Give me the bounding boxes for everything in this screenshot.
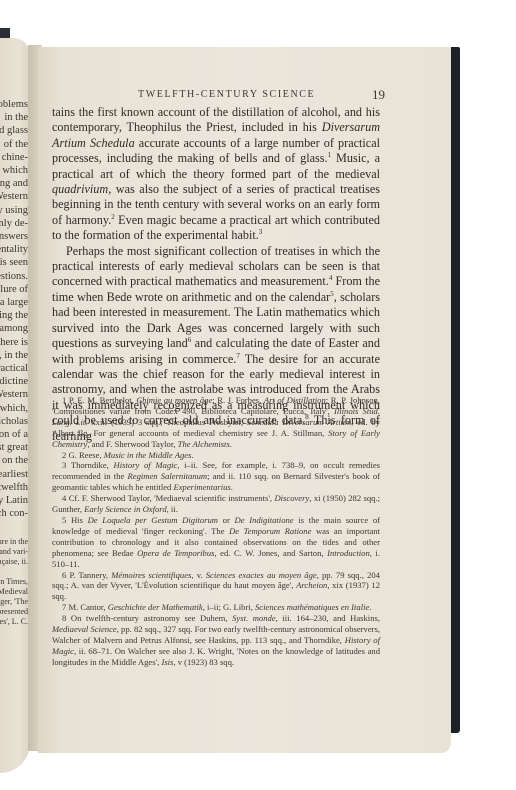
left-page-text-fragment: e twelfth [0, 481, 28, 494]
footnote-italic-text: De Loquela per Gestum Digitorum [88, 515, 218, 525]
footnote-italic-text: Chimie au moyen âge [136, 395, 212, 405]
footnote-italic-text: Discovery [274, 493, 309, 503]
footnote-italic-text: Mediaeval Science [52, 624, 117, 634]
footnote-text: 7 M. Cantor, [62, 602, 108, 612]
footnote-text: 2 G. Reese, [62, 450, 104, 460]
left-page-text-fragment: rst great [0, 441, 28, 454]
left-page-text-fragment: ion of a [0, 428, 28, 441]
footnote-italic-text: Sciences exactes au moyen âge [206, 570, 317, 580]
footnote-italic-text: Art of Distillation [264, 395, 326, 405]
left-page-text-fragment: estions. [0, 270, 28, 283]
left-page-text-fragment: d glass [0, 124, 28, 137]
footnote-italic-text: Schedula Diversarum Artium [247, 417, 351, 427]
left-page-text-fragment: e earliest [0, 468, 28, 481]
footnote-text: or [218, 515, 235, 525]
footnote-text: , and F. Sherwood Taylor, [87, 439, 177, 449]
left-page-text-fragment: practical [0, 362, 28, 375]
left-page-text-fragment: ly Latin [0, 494, 28, 507]
left-page-footnote-fragment: th, Medieval [0, 587, 28, 597]
italic-title: quadrivium [52, 182, 108, 196]
left-page-text-fragment: ich con- [0, 507, 28, 520]
footnote-3: 3 Thorndike, History of Magic, i–ii. See… [52, 460, 380, 493]
left-page: oblemsin thed glassof thechine-whichng a… [0, 38, 30, 773]
left-page-text-fragment: nly de- [0, 217, 28, 230]
left-page-footnote-fragment: Ages', L. C. [0, 617, 28, 627]
footnote-italic-text: Regimen Salernitanum [128, 471, 208, 481]
footnote-text: , iii. 164–230, and Haskins, [276, 613, 380, 623]
left-page-text-fragment: en on the [0, 454, 28, 467]
left-page-text-fragment: s which, [0, 402, 28, 415]
left-page-text-fragment: oblems [0, 98, 28, 111]
footnote-italic-text: De Indigitatione [235, 515, 294, 525]
footnote-italic-text: Early Science in Oxford [84, 504, 167, 514]
footnote-text: ; R. J. Forbes, [212, 395, 264, 405]
footnote-5: 5 His De Loquela per Gestum Digitorum or… [52, 515, 380, 570]
footnote-italic-text: Syst. monde [232, 613, 276, 623]
left-page-footnote-fragment: n and vari- [0, 547, 28, 557]
footnote-text: 8 On twelfth-century astronomy see Duhem… [62, 613, 232, 623]
left-page-text-fragment: of the [4, 138, 28, 151]
left-page-text-fragment: in the [4, 111, 28, 124]
footnote-text: 3 Thorndike, [62, 460, 114, 470]
footnote-text: , ed. C. W. Jones, and Sarton, [214, 548, 327, 558]
footnote-italic-text: Experimentarius [173, 482, 230, 492]
body-text: tains the first known account of the dis… [52, 105, 380, 444]
footnotes: 1 P. E. M. Berthelot, Chimie au moyen âg… [52, 395, 380, 668]
footnote-italic-text: Isis [161, 657, 173, 667]
left-page-text-fragment: ing the [0, 309, 28, 322]
footnote-text: 6 P. Tannery, [62, 570, 111, 580]
footnote-text: . [369, 602, 371, 612]
left-page-text-fragment: Western [0, 190, 28, 203]
left-page-footnote-fragment: ays presented [0, 607, 28, 617]
left-page-text-fragment: ng and [0, 177, 28, 190]
left-page-text-fragment: Nicholas [0, 415, 28, 428]
footnote-italic-text: Geschichte der Mathematik [108, 602, 203, 612]
left-page-text-fragment: among [0, 322, 28, 335]
left-page-text-fragment: y using [0, 204, 28, 217]
footnote-2: 2 G. Reese, Music in the Middle Ages. [52, 450, 380, 461]
right-page: TWELFTH-CENTURY SCIENCE 19 tains the fir… [38, 47, 451, 753]
footnote-4: 4 Cf. F. Sherwood Taylor, 'Mediaeval sci… [52, 493, 380, 515]
footnote-italic-text: Archeion [296, 580, 327, 590]
left-page-text-fragment: Western [0, 388, 28, 401]
footnote-6: 6 P. Tannery, Mémoires scientifiques, v.… [52, 570, 380, 603]
footnote-text: . [191, 450, 193, 460]
paragraph-1: tains the first known account of the dis… [52, 105, 380, 244]
footnote-text: , ii. [167, 504, 178, 514]
left-page-text-fragment: entality [0, 243, 28, 256]
footnote-8: 8 On twelfth-century astronomy see Duhem… [52, 613, 380, 668]
footnote-text: 1 P. E. M. Berthelot, [62, 395, 136, 405]
left-page-text-fragment: which [2, 164, 28, 177]
footnote-text: . [230, 439, 232, 449]
left-page-text-fragment: there is [0, 336, 28, 349]
footnote-italic-text: Introduction [327, 548, 370, 558]
footnote-text: , v (1923) 83 sqq. [173, 657, 234, 667]
footnote-ref[interactable]: 3 [259, 228, 263, 236]
footnote-italic-text: The Alchemists [178, 439, 230, 449]
footnote-text: , i–ii; G. Libri, [203, 602, 255, 612]
left-page-footnote-fragment: cture in the [0, 537, 28, 547]
page-number: 19 [372, 87, 385, 103]
left-page-text-fragment: is seen [0, 256, 28, 269]
left-page-footnote-fragment: inger, 'The [0, 597, 28, 607]
footnote-1: 1 P. E. M. Berthelot, Chimie au moyen âg… [52, 395, 380, 450]
left-page-footnote-fragment: ançaise, ii. [0, 557, 28, 567]
footnote-italic-text: De Temporum Ratione [229, 526, 311, 536]
left-page-text-fragment: nswers [0, 230, 28, 243]
footnote-italic-text: History of Magic [114, 460, 178, 470]
footnote-text: 4 Cf. F. Sherwood Taylor, 'Mediaeval sci… [62, 493, 274, 503]
running-head: TWELFTH-CENTURY SCIENCE [138, 89, 315, 100]
footnote-italic-text: Mémoires scientifiques [111, 570, 191, 580]
left-page-footnote-fragment: acon Times, [0, 577, 28, 587]
left-page-text-fragment: edictine [0, 375, 28, 388]
footnote-text: , v. [191, 570, 205, 580]
footnote-italic-text: Music in the Middle Ages [104, 450, 192, 460]
footnote-italic-text: Opera de Temporibus [137, 548, 214, 558]
footnote-text: . [231, 482, 233, 492]
left-page-text-fragment: a large [0, 296, 28, 309]
left-page-text-fragment: e, in the [0, 349, 28, 362]
left-page-text-fragment: chine- [2, 151, 28, 164]
left-page-text-fragment: lure of [0, 283, 28, 296]
footnote-7: 7 M. Cantor, Geschichte der Mathematik, … [52, 602, 380, 613]
footnote-text: xxiii (1939) 3 sqq.; Theophilus Presbyte… [87, 417, 247, 427]
footnote-text: 5 His [62, 515, 88, 525]
footnote-italic-text: Sciences mathématiques en Italie [255, 602, 369, 612]
